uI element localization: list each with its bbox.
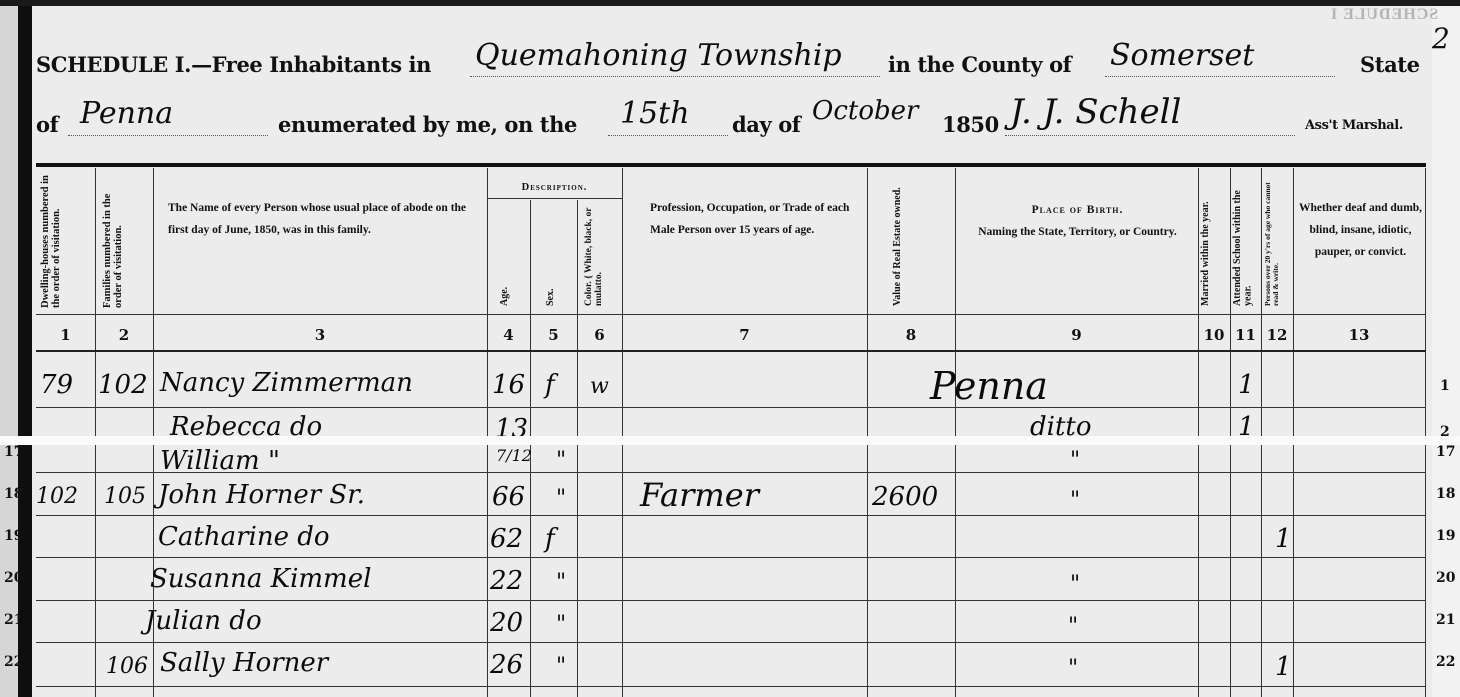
colnum-2: 2 [95, 326, 153, 344]
line-number: 17 [1436, 444, 1455, 460]
marshal-rule [1005, 135, 1295, 136]
of-label: of [36, 112, 58, 137]
line-number: 20 [1436, 570, 1455, 586]
person-name: William " [160, 446, 280, 476]
line-number: 1 [1440, 378, 1450, 394]
col-divider [1198, 168, 1199, 697]
row-line [36, 407, 1426, 408]
colnum-4: 4 [487, 326, 530, 344]
enumerated-label: enumerated by me, on the [278, 112, 577, 137]
marshal-signature: J. J. Schell [1010, 92, 1181, 132]
age-value: 7/12 [496, 446, 532, 465]
colnum-8: 8 [867, 326, 955, 344]
colnum-12: 12 [1261, 326, 1293, 344]
line-number: 18 [1436, 486, 1455, 502]
row-line [36, 557, 1426, 558]
left-margin [0, 0, 18, 697]
family-number: 102 [98, 370, 148, 400]
sex-value: " [556, 448, 566, 473]
sex-value: f [545, 370, 555, 400]
age-value: 22 [490, 566, 523, 596]
age-value: 66 [492, 482, 525, 512]
colnum-13: 13 [1293, 326, 1425, 344]
col-divider [955, 168, 956, 697]
binding-bar [18, 0, 32, 697]
col4-heading: Age. [500, 240, 520, 306]
real-estate-value: 2600 [872, 482, 938, 512]
schedule-title: SCHEDULE I.—Free Inhabitants in [36, 52, 431, 77]
right-margin [1432, 0, 1460, 697]
line-number: 19 [1436, 528, 1455, 544]
line-number: 21 [4, 612, 23, 628]
day-value: 15th [620, 96, 690, 131]
row-line [36, 642, 1426, 643]
line-number: 22 [4, 654, 23, 670]
colnum-3: 3 [153, 326, 487, 344]
person-name: Nancy Zimmerman [160, 368, 413, 398]
col11-heading: Attended School within the year. [1233, 176, 1259, 306]
colnum-5: 5 [530, 326, 577, 344]
person-name: Susanna Kimmel [150, 564, 371, 594]
year-label: 1850 [942, 112, 999, 137]
col12-heading: Persons over 20 y'rs of age who cannot r… [1264, 172, 1290, 306]
colnum-7: 7 [622, 326, 867, 344]
school-mark: 1 [1238, 370, 1255, 400]
col-divider [1261, 168, 1262, 697]
person-name: John Horner Sr. [158, 480, 365, 510]
col-divider [95, 168, 96, 697]
person-name: Julian do [145, 606, 262, 636]
color-value: w [590, 374, 609, 399]
col10-heading: Married within the year. [1201, 176, 1227, 306]
dwelling-number: 102 [36, 484, 78, 509]
sex-value: " [556, 612, 566, 637]
colnum-11: 11 [1230, 326, 1261, 344]
illiterate-mark: 1 [1275, 652, 1292, 682]
county-label: in the County of [888, 52, 1071, 77]
description-heading: Description. [487, 178, 622, 198]
sex-value: " [556, 654, 566, 679]
township-value: Quemahoning Township [475, 38, 842, 73]
county-value: Somerset [1110, 38, 1254, 73]
birthplace-value: " [1068, 614, 1078, 639]
day-rule [608, 135, 728, 136]
description-underline [487, 198, 622, 199]
top-edge [0, 0, 1460, 6]
line-number: 18 [4, 486, 23, 502]
sex-value: f [545, 524, 555, 554]
census-page: SCHEDULE I 2 SCHEDULE I.—Free Inhabitant… [0, 0, 1460, 697]
col9-heading: Naming the State, Territory, or Country. [975, 222, 1180, 244]
col-divider [577, 200, 578, 697]
birthplace-value: Penna [930, 364, 1048, 408]
col1-heading: Dwelling-houses numbered in the order of… [40, 172, 94, 308]
col13-heading: Whether deaf and dumb, blind, insane, id… [1298, 198, 1423, 264]
colnum-1: 1 [36, 326, 95, 344]
state-rule [68, 135, 268, 136]
line-number: 22 [1436, 654, 1455, 670]
col-divider [487, 168, 488, 697]
line-number: 19 [4, 528, 23, 544]
age-value: 20 [490, 608, 523, 638]
col5-heading: Sex. [546, 240, 566, 306]
township-rule [470, 76, 880, 77]
header-divider [36, 163, 1426, 167]
image-splice-gap [0, 436, 1460, 445]
col-divider [622, 168, 623, 697]
state-label: State [1360, 52, 1420, 77]
person-name: Catharine do [158, 522, 330, 552]
col-divider [1425, 168, 1426, 697]
sex-value: " [556, 570, 566, 595]
page-number: 2 [1432, 22, 1450, 55]
colnum-bottom-line [36, 350, 1426, 352]
birthplace-value: " [1070, 488, 1080, 513]
age-value: 26 [490, 650, 523, 680]
state-value: Penna [80, 96, 173, 131]
age-value: 62 [490, 524, 523, 554]
col-divider [1293, 168, 1294, 697]
dwelling-number: 79 [40, 370, 73, 400]
person-name: Sally Horner [160, 648, 328, 678]
sex-value: " [556, 486, 566, 511]
row-line [36, 686, 1426, 687]
month-value: October [812, 96, 918, 126]
colnum-10: 10 [1198, 326, 1230, 344]
age-value: 16 [492, 370, 525, 400]
birthplace-value: " [1068, 656, 1078, 681]
row-line [36, 600, 1426, 601]
col7-heading: Profession, Occupation, or Trade of each… [650, 198, 855, 242]
birthplace-value: " [1070, 572, 1080, 597]
col8-heading: Value of Real Estate owned. [893, 176, 929, 306]
col6-heading: Color. { White, black, or mulatto. [585, 204, 619, 306]
occupation-value: Farmer [640, 476, 759, 514]
header-bottom-line [36, 314, 1426, 315]
family-number: 105 [104, 484, 146, 509]
col-divider [867, 168, 868, 697]
line-number: 20 [4, 570, 23, 586]
col-divider [1230, 168, 1231, 697]
line-number: 17 [4, 444, 23, 460]
col3-heading: The Name of every Person whose usual pla… [168, 198, 478, 242]
marshal-label: Ass't Marshal. [1305, 118, 1403, 133]
col9-title: Place of Birth. [960, 200, 1195, 222]
colnum-9: 9 [955, 326, 1198, 344]
family-number: 106 [106, 654, 148, 679]
row-line [36, 515, 1426, 516]
bleed-through-stamp: SCHEDULE I [1330, 6, 1438, 24]
line-number: 21 [1436, 612, 1455, 628]
colnum-6: 6 [577, 326, 622, 344]
day-of-label: day of [732, 112, 800, 137]
illiterate-mark: 1 [1275, 524, 1292, 554]
birthplace-value: " [1070, 448, 1080, 473]
county-rule [1105, 76, 1335, 77]
col2-heading: Families numbered in the order of visita… [102, 180, 148, 308]
